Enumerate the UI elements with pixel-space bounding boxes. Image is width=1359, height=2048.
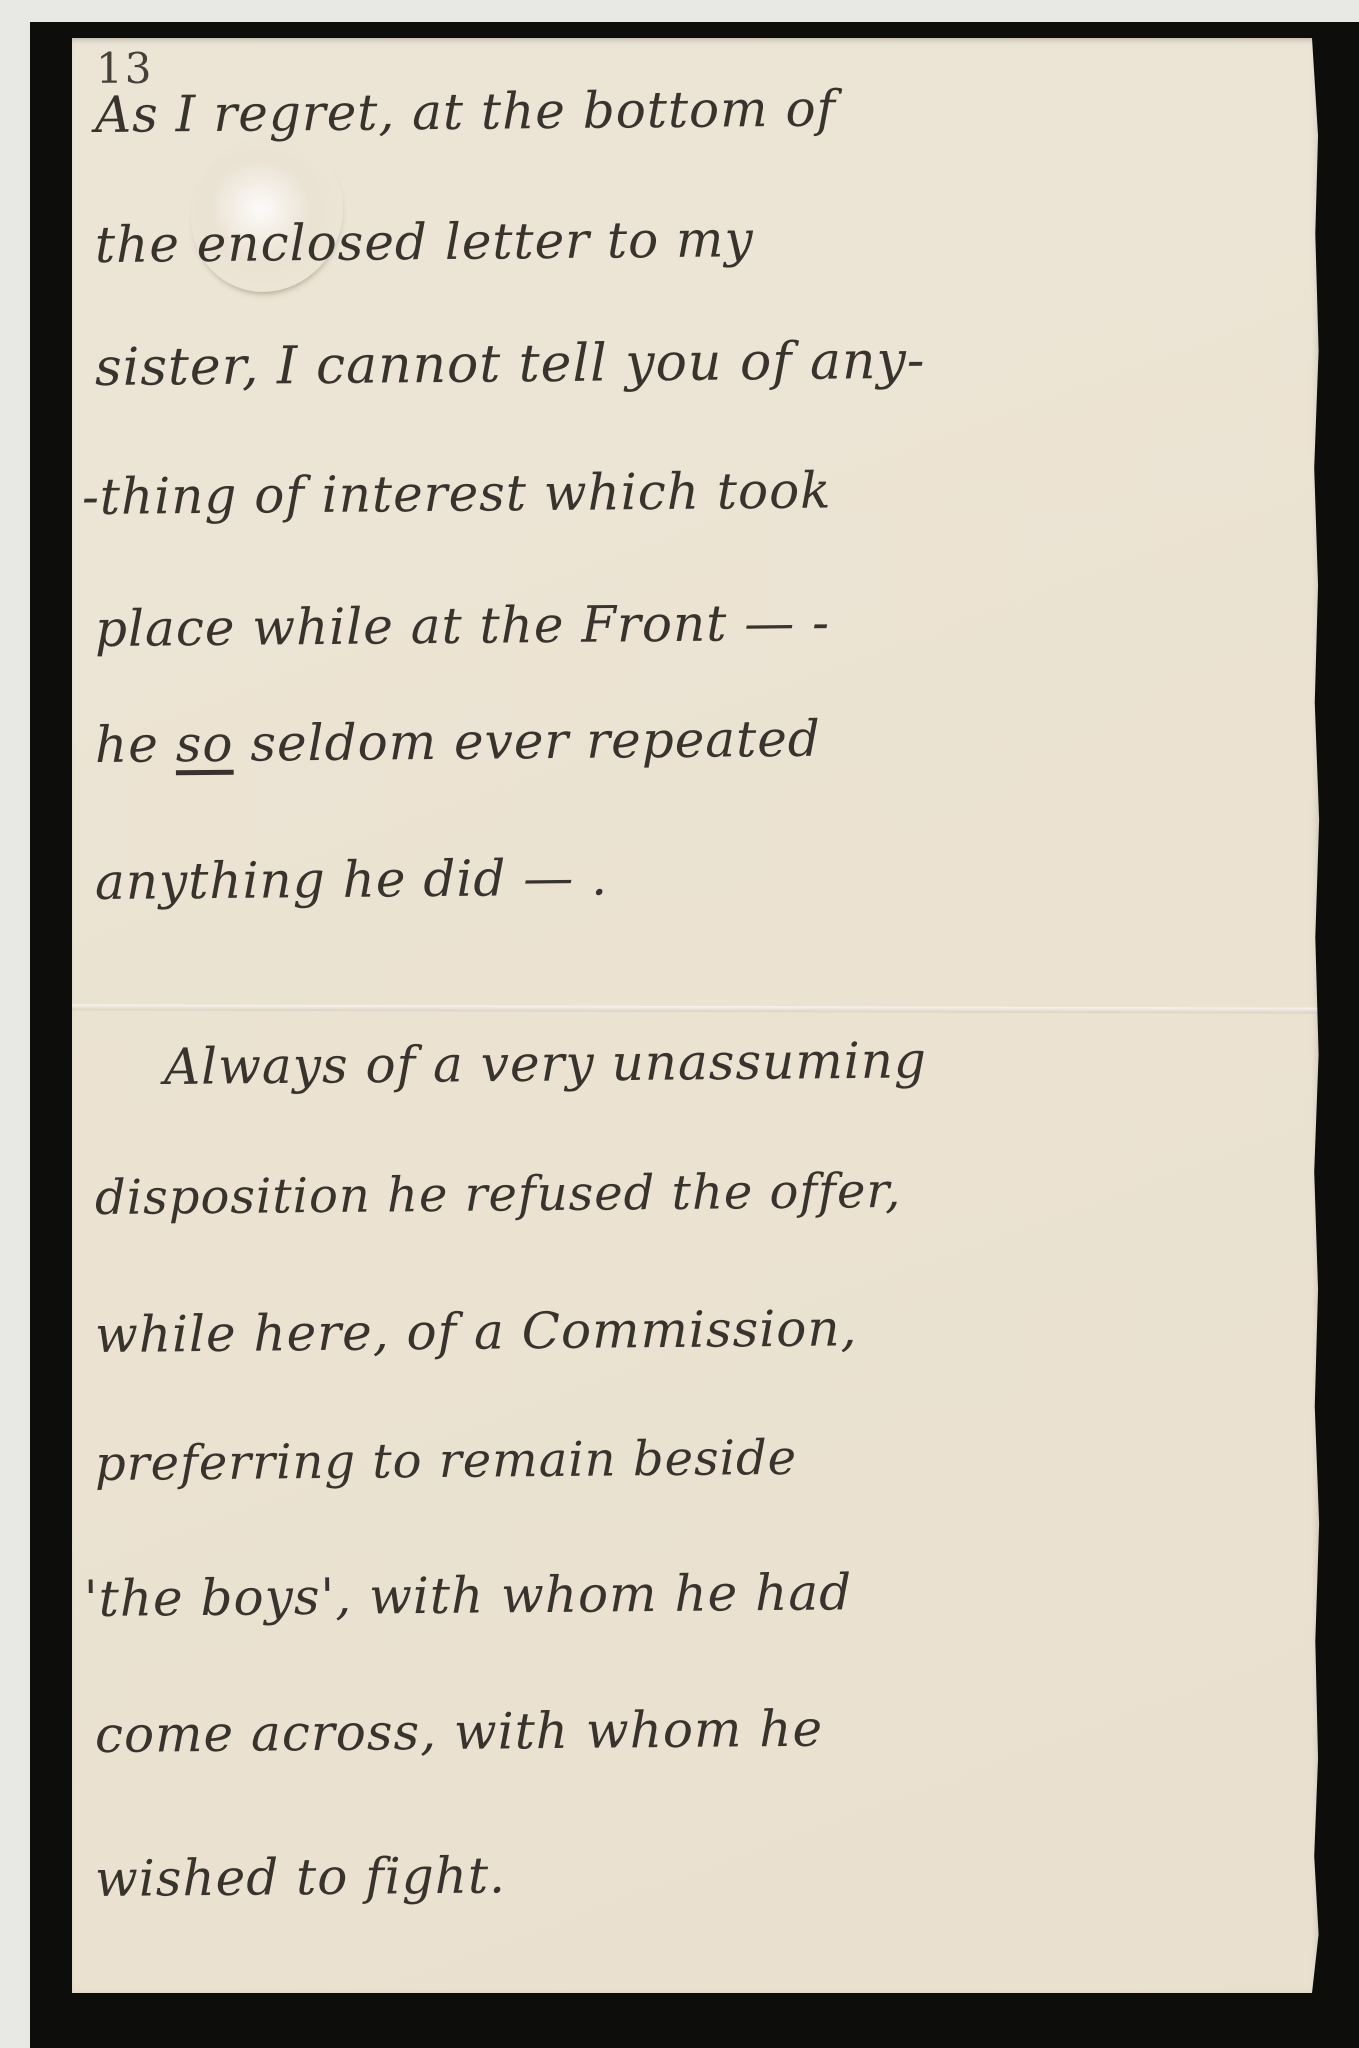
handwritten-line: preferring to remain beside <box>95 1430 798 1492</box>
handwritten-line: sister, I cannot tell you of any- <box>95 331 926 398</box>
handwritten-line: while here, of a Commission, <box>95 1299 858 1364</box>
handwritten-line: anything he did — . <box>95 849 609 911</box>
handwritten-line: the enclosed letter to my <box>95 210 754 274</box>
handwritten-line: Always of a very unassuming <box>164 1031 927 1096</box>
handwritten-line: 'the boys', with whom he had <box>84 1563 853 1628</box>
line-segment: he <box>95 715 176 774</box>
fold-crease <box>72 1004 1322 1013</box>
underlined-word: so <box>175 715 233 774</box>
handwritten-line: disposition he refused the offer, <box>95 1163 902 1226</box>
deckle-edge <box>1312 38 1323 1993</box>
line-segment: seldom ever repeated <box>233 710 821 773</box>
handwritten-line: -thing of interest which took <box>82 461 832 526</box>
handwritten-line: wished to fight. <box>95 1846 506 1908</box>
letter-page: 13 As I regret, at the bottom of the enc… <box>72 38 1322 1993</box>
handwritten-line: As I regret, at the bottom of <box>95 80 837 144</box>
handwritten-line: place while at the Front — - <box>95 594 830 658</box>
handwritten-line: he so seldom ever repeated <box>95 710 821 774</box>
handwritten-line: come across, with whom he <box>95 1700 824 1764</box>
